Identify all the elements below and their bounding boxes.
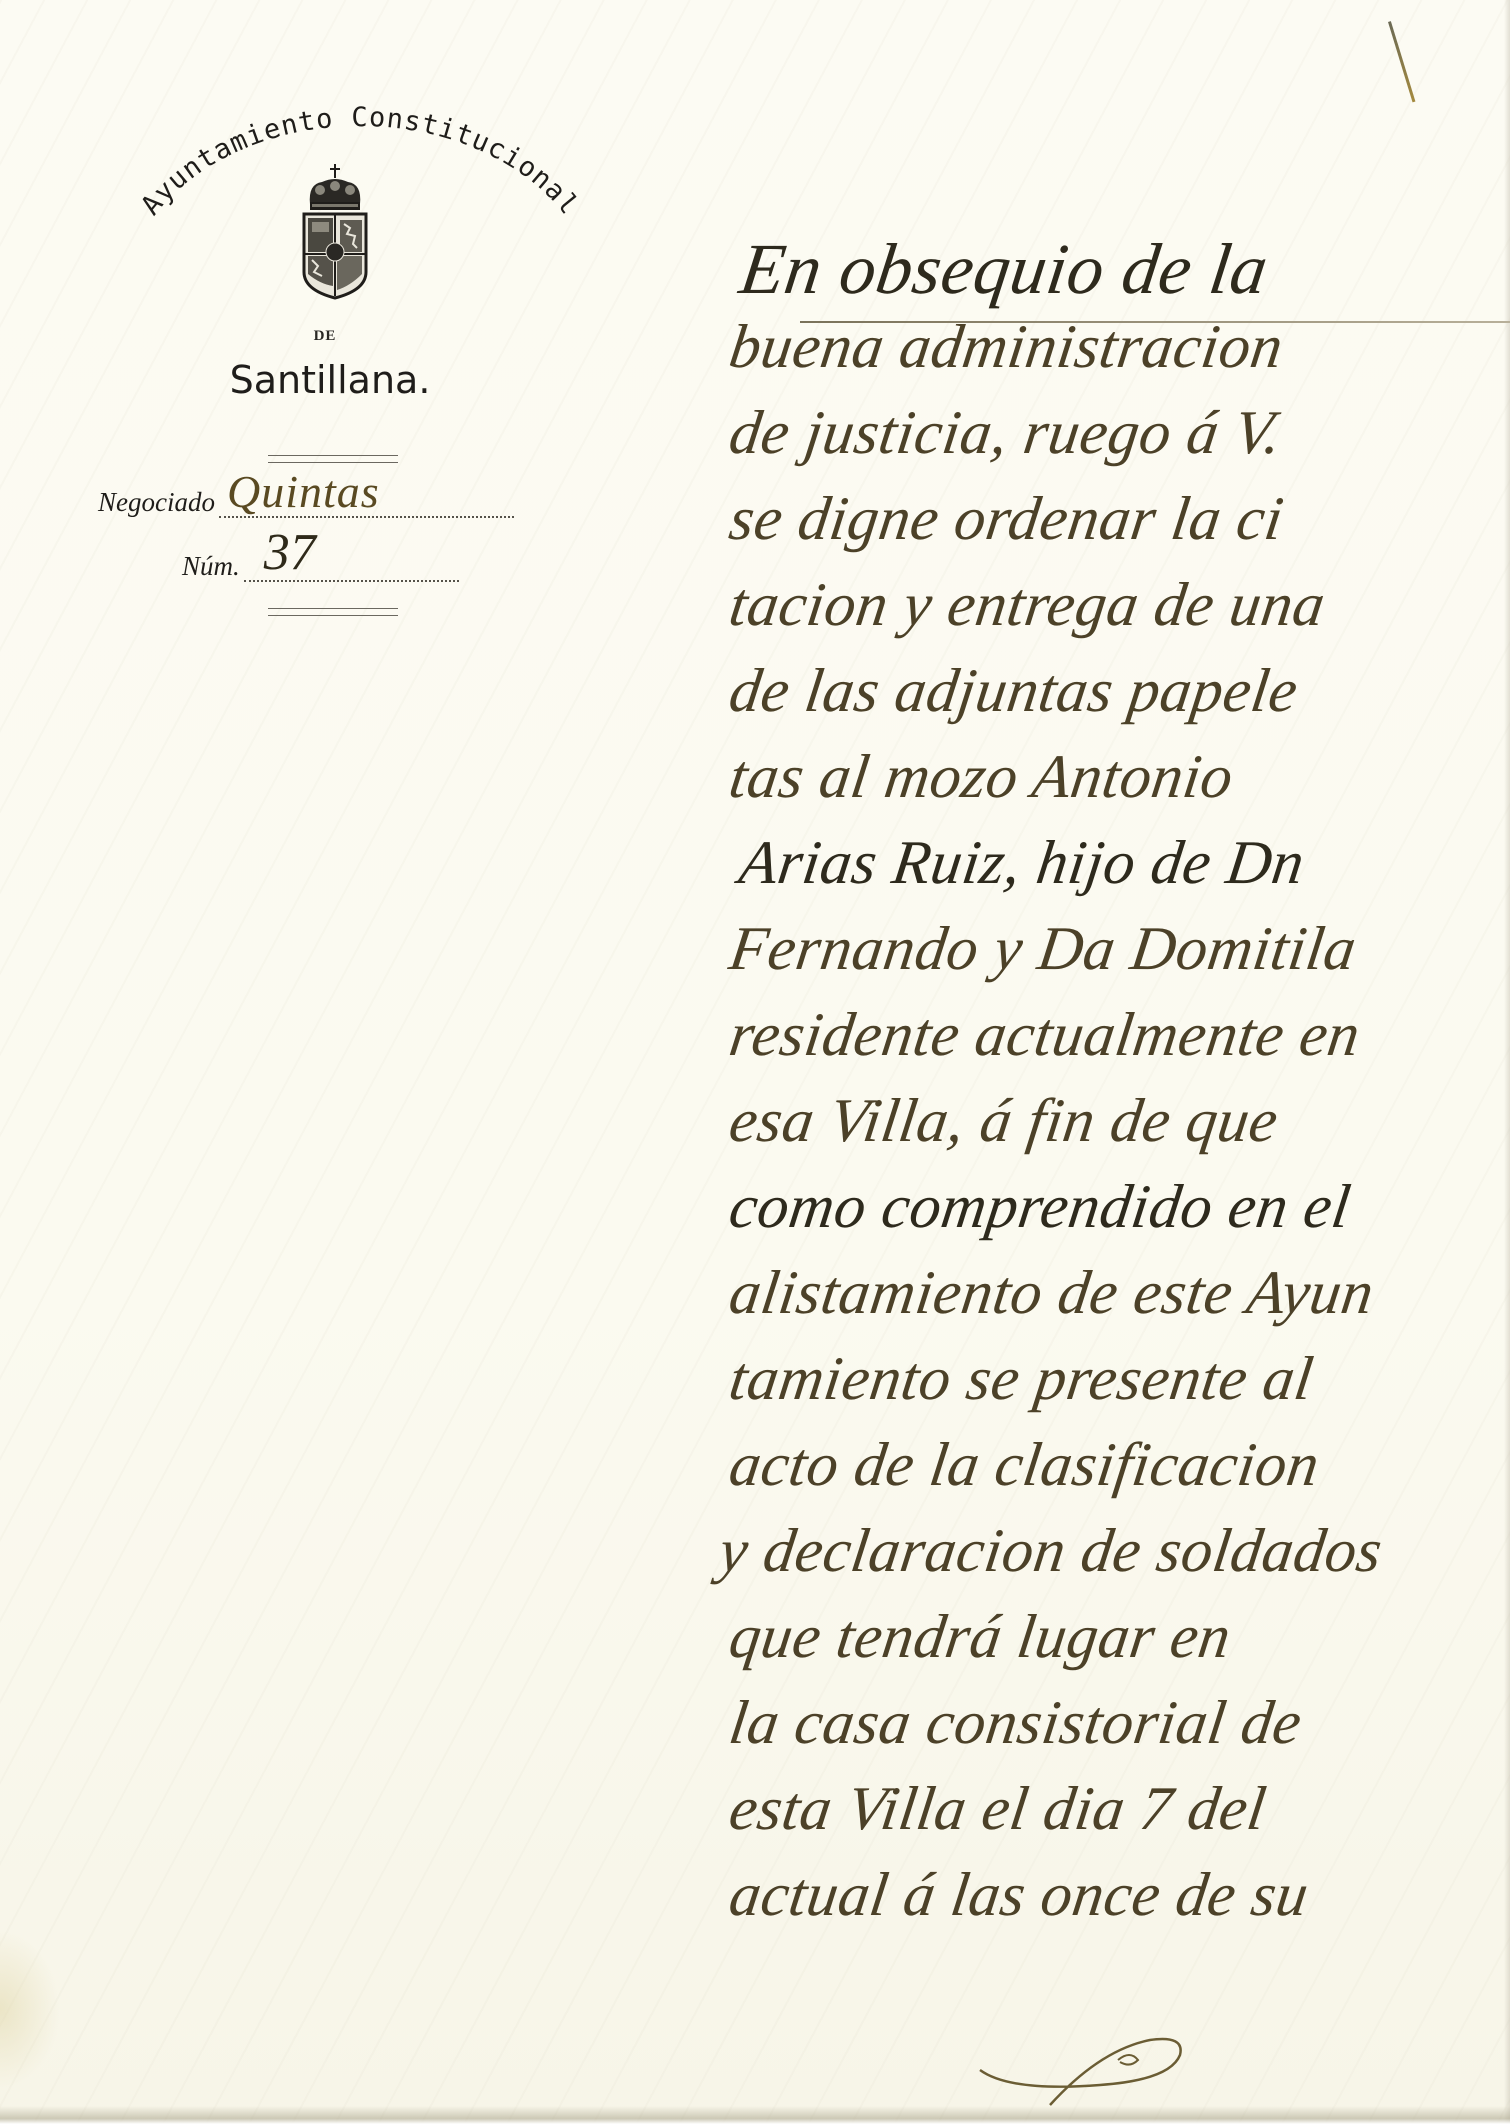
body-line: actual á las once de su	[725, 1860, 1313, 1931]
num-label: Núm.	[182, 551, 240, 582]
body-line: Fernando y Da Domitila	[725, 914, 1361, 985]
page-edge-right	[1504, 0, 1510, 2124]
page-edge-bottom	[0, 2106, 1510, 2124]
body-line: alistamiento de este Ayun	[725, 1258, 1378, 1329]
num-dotted-line: 37	[244, 542, 459, 582]
body-line: buena administracion	[725, 312, 1287, 383]
body-line: residente actualmente en	[725, 1000, 1364, 1071]
body-line: esta Villa el dia 7 del	[725, 1774, 1271, 1845]
body-line: y declaracion de soldados	[715, 1516, 1387, 1587]
negociado-field: Negociado Quintas	[98, 478, 514, 518]
letterhead-divider-top	[268, 455, 398, 463]
body-line: de justicia, ruego á V.	[725, 398, 1286, 469]
paper-stain	[0, 1930, 60, 2090]
negociado-value: Quintas	[227, 465, 380, 518]
body-line: tacion y entrega de una	[725, 570, 1330, 641]
letterhead-divider-bottom	[268, 608, 398, 616]
negociado-dotted-line: Quintas	[219, 478, 514, 518]
negociado-label: Negociado	[98, 487, 215, 518]
body-line: esa Villa, á fin de que	[725, 1086, 1283, 1157]
body-line: se digne ordenar la ci	[725, 484, 1288, 555]
pen-flourish-icon	[950, 2030, 1250, 2110]
body-line: tas al mozo Antonio	[725, 742, 1238, 813]
body-line: la casa consistorial de	[725, 1688, 1306, 1759]
num-value: 37	[264, 523, 316, 582]
body-line: acto de la clasificacion	[725, 1430, 1324, 1501]
letterhead-de-label: DE	[60, 328, 580, 345]
body-line: que tendrá lugar en	[725, 1602, 1235, 1673]
body-line: Arias Ruiz, hijo de Dn	[735, 828, 1309, 899]
body-line: como comprendido en el	[725, 1172, 1355, 1243]
letterhead-town-name: Santillana.	[60, 358, 580, 402]
body-line: En obsequio de la	[735, 228, 1273, 311]
body-line: de las adjuntas papele	[725, 656, 1302, 727]
body-line: tamiento se presente al	[725, 1344, 1318, 1415]
num-field: Núm. 37	[182, 542, 459, 582]
coat-of-arms-icon	[300, 162, 370, 302]
